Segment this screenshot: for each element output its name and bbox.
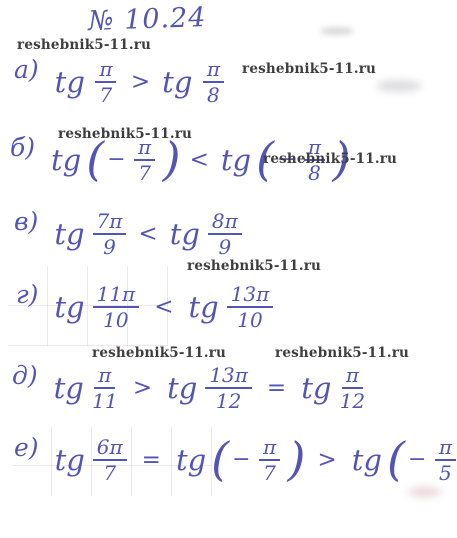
problem-label: б) <box>10 134 35 162</box>
denominator: 12 <box>216 389 241 412</box>
fraction: 8π9 <box>208 210 242 258</box>
denominator: 5 <box>439 461 452 484</box>
open-paren: ( <box>211 439 229 480</box>
open-paren: ( <box>387 439 405 480</box>
tg-function: tg <box>54 374 84 403</box>
tg-function: tg <box>54 220 84 249</box>
watermark: reshebnik5-11.ru <box>242 61 376 77</box>
numerator: 7π <box>93 210 127 235</box>
problem-row: в)tg7π9<tg8π9 <box>14 208 242 260</box>
problem-label: в) <box>14 208 38 236</box>
numerator: 11π <box>93 283 140 308</box>
fraction: 13π10 <box>227 283 274 331</box>
problem-row: д)tgπ11>tg13π12=tgπ12 <box>12 362 365 414</box>
denominator: 7 <box>263 461 276 484</box>
fraction: 13π12 <box>205 364 252 412</box>
denominator: 7 <box>138 161 151 184</box>
fraction: 11π10 <box>93 283 140 331</box>
pencil-smudge <box>376 80 422 92</box>
problem-row: е)tg6π7=tg(−π7)>tg(−π5) <box>14 434 457 486</box>
pencil-smudge <box>320 27 354 35</box>
denominator: 8 <box>207 83 220 106</box>
numerator: π <box>342 364 363 389</box>
comparison-sign: > <box>318 449 337 472</box>
numerator: π <box>203 58 224 83</box>
denominator: 10 <box>237 308 262 331</box>
fraction: 7π9 <box>93 210 127 258</box>
problem-row: а)tgπ7>tgπ8 <box>14 56 226 108</box>
pencil-smudge <box>408 487 442 497</box>
comparison-sign: < <box>138 223 157 246</box>
denominator: 7 <box>100 83 113 106</box>
tg-function: tg <box>188 293 218 322</box>
open-paren: ( <box>86 139 104 180</box>
denominator: 9 <box>218 235 231 258</box>
expression: tgπ7>tgπ8 <box>55 56 227 108</box>
numerator: π <box>435 436 456 461</box>
comparison-sign: > <box>133 377 152 400</box>
numerator: 6π <box>93 436 127 461</box>
expression: tg6π7=tg(−π7)>tg(−π5) <box>55 434 457 486</box>
watermark: reshebnik5-11.ru <box>58 126 192 142</box>
expression: tgπ11>tg13π12=tgπ12 <box>54 362 366 414</box>
numerator: π <box>94 364 115 389</box>
fraction: π7 <box>132 136 158 184</box>
tg-function: tg <box>170 220 200 249</box>
denominator: 11 <box>92 389 117 412</box>
tg-function: tg <box>55 68 85 97</box>
fraction: π7 <box>257 436 283 484</box>
tg-function: tg <box>54 293 84 322</box>
expression: tg7π9<tg8π9 <box>54 208 241 260</box>
problem-row: г)tg11π10<tg13π10 <box>16 281 273 333</box>
numerator: 8π <box>208 210 242 235</box>
expression: tg11π10<tg13π10 <box>54 281 273 333</box>
minus-sign: − <box>107 149 125 171</box>
fraction: 6π7 <box>93 436 127 484</box>
tg-function: tg <box>55 446 85 475</box>
tg-function: tg <box>167 374 197 403</box>
fraction: π12 <box>339 364 365 412</box>
watermark: reshebnik5-11.ru <box>275 345 409 361</box>
denominator: 9 <box>103 235 116 258</box>
problem-label: д) <box>12 362 38 390</box>
scanned-homework-page: № 10.24 reshebnik5-11.ru reshebnik5-11.r… <box>0 0 457 538</box>
comparison-sign: = <box>142 449 161 472</box>
problem-label: е) <box>14 434 39 462</box>
close-paren: ) <box>288 439 306 480</box>
problem-label: а) <box>14 56 39 84</box>
problem-number: № 10.24 <box>87 2 206 37</box>
tg-function: tg <box>162 68 192 97</box>
tg-function: tg <box>301 374 331 403</box>
fraction: π5 <box>432 436 457 484</box>
numerator: π <box>95 58 116 83</box>
fraction: π7 <box>93 58 119 106</box>
watermark: reshebnik5-11.ru <box>263 151 397 167</box>
numerator: 13π <box>205 364 252 389</box>
problem-label: г) <box>16 281 38 309</box>
watermark: reshebnik5-11.ru <box>92 345 226 361</box>
comparison-sign: = <box>267 377 286 400</box>
denominator: 10 <box>103 308 128 331</box>
watermark: reshebnik5-11.ru <box>17 37 151 53</box>
numerator: π <box>259 436 280 461</box>
tg-function: tg <box>352 446 382 475</box>
tg-function: tg <box>176 446 206 475</box>
numerator: 13π <box>227 283 274 308</box>
comparison-sign: < <box>154 296 173 319</box>
fraction: π8 <box>200 58 226 106</box>
minus-sign: − <box>408 449 426 471</box>
close-paren: ) <box>163 139 181 180</box>
fraction: π11 <box>92 364 118 412</box>
comparison-sign: > <box>131 71 150 94</box>
denominator: 12 <box>340 389 365 412</box>
minus-sign: − <box>232 449 250 471</box>
watermark: reshebnik5-11.ru <box>187 258 321 274</box>
tg-function: tg <box>221 146 251 175</box>
denominator: 7 <box>103 461 116 484</box>
comparison-sign: < <box>190 149 209 172</box>
tg-function: tg <box>51 146 81 175</box>
